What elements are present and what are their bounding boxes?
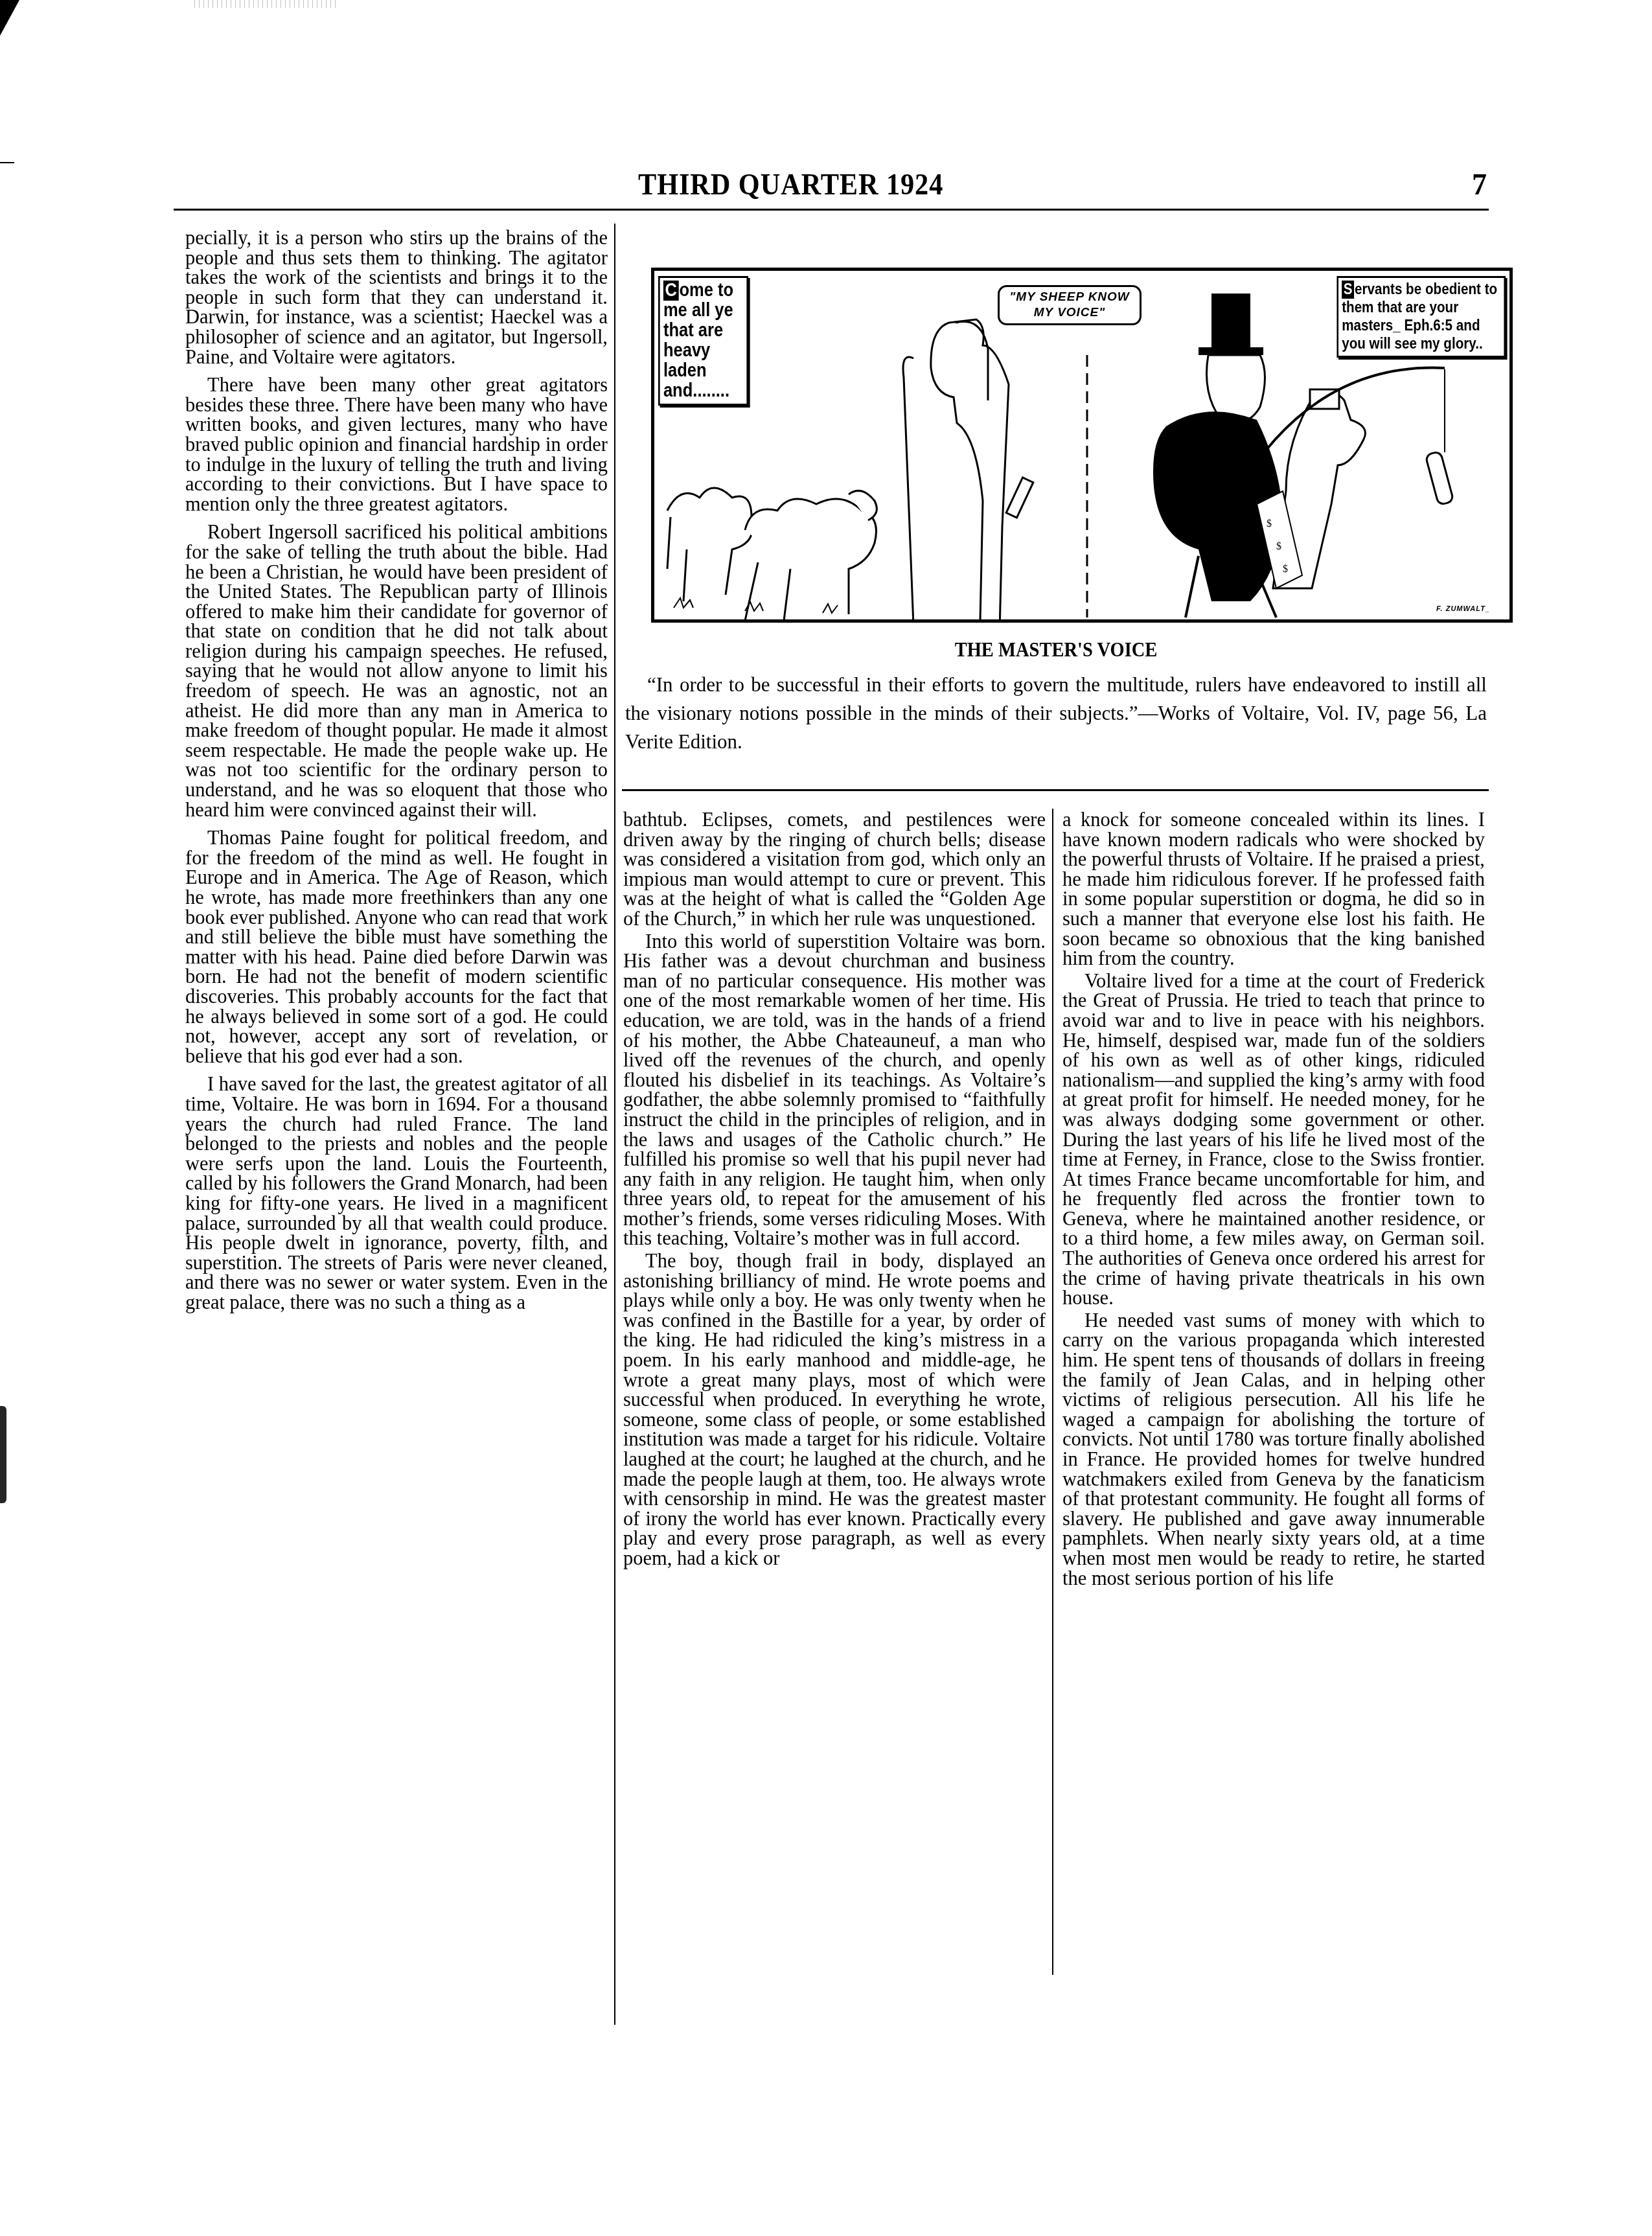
sheep-flock-icon [667, 488, 877, 619]
text-column-3: a knock for someone concealed within its… [1062, 810, 1485, 1591]
speech-bubble: "MY SHEEP KNOW MY VOICE" [998, 285, 1141, 325]
paragraph: Thomas Paine fought for political freedo… [185, 828, 608, 1066]
column-divider-2 [1052, 809, 1053, 1975]
page-header: THIRD QUARTER 1924 7 [638, 167, 1487, 203]
scan-binding-shadow [0, 1406, 6, 1503]
paragraph: I have saved for the last, the greatest … [185, 1074, 608, 1312]
scan-corner-artifact [0, 0, 19, 36]
cartoon-quote: “In order to be successful in their effo… [625, 671, 1487, 756]
editorial-cartoon: $ $ $ Come to me all ye that are heavy l… [651, 268, 1513, 623]
paragraph: Voltaire lived for a time at the court o… [1062, 971, 1485, 1308]
paragraph: He needed vast sums of money with which … [1062, 1311, 1485, 1588]
paragraph: a knock for someone concealed within its… [1062, 810, 1485, 969]
caption-box-right: Servants be obedient to them that are yo… [1337, 276, 1506, 358]
text-column-2: bathtub. Eclipses, comets, and pestilenc… [623, 810, 1046, 1571]
paragraph: Into this world of superstition Voltaire… [623, 932, 1046, 1249]
caption-box-left: Come to me all ye that are heavy laden a… [658, 276, 748, 406]
section-rule [622, 789, 1489, 791]
dropcap: C [663, 281, 679, 301]
caption-box-right-text: ervants be obedient to them that are you… [1342, 281, 1497, 352]
artist-signature: F. ZUMWALT_ [1436, 605, 1490, 613]
svg-text:$: $ [1276, 541, 1281, 552]
header-rule [174, 209, 1489, 211]
corn-cob-icon [1006, 478, 1033, 518]
corn-bait-icon [1425, 451, 1454, 505]
paragraph: Robert Ingersoll sacrificed his politica… [185, 522, 608, 820]
svg-text:$: $ [1267, 518, 1272, 529]
paragraph: There have been many other great agitato… [185, 375, 608, 514]
grass-icon [674, 598, 838, 613]
shepherd-figure-icon [903, 319, 1033, 619]
scan-margin-mark [0, 162, 14, 163]
svg-text:$: $ [1283, 564, 1288, 575]
running-head-title: THIRD QUARTER 1924 [638, 167, 943, 202]
paragraph: pecially, it is a person who stirs up th… [185, 228, 608, 367]
paragraph: bathtub. Eclipses, comets, and pestilenc… [623, 810, 1046, 929]
scan-noise [194, 0, 337, 8]
paragraph: The boy, though frail in body, displayed… [623, 1251, 1046, 1569]
cartoon-title: THE MASTER'S VOICE [660, 638, 1452, 662]
column-divider-1 [614, 224, 615, 2025]
page-number: 7 [1472, 167, 1487, 202]
dropcap: S [1342, 281, 1354, 299]
text-column-1: pecially, it is a person who stirs up th… [185, 228, 608, 1320]
